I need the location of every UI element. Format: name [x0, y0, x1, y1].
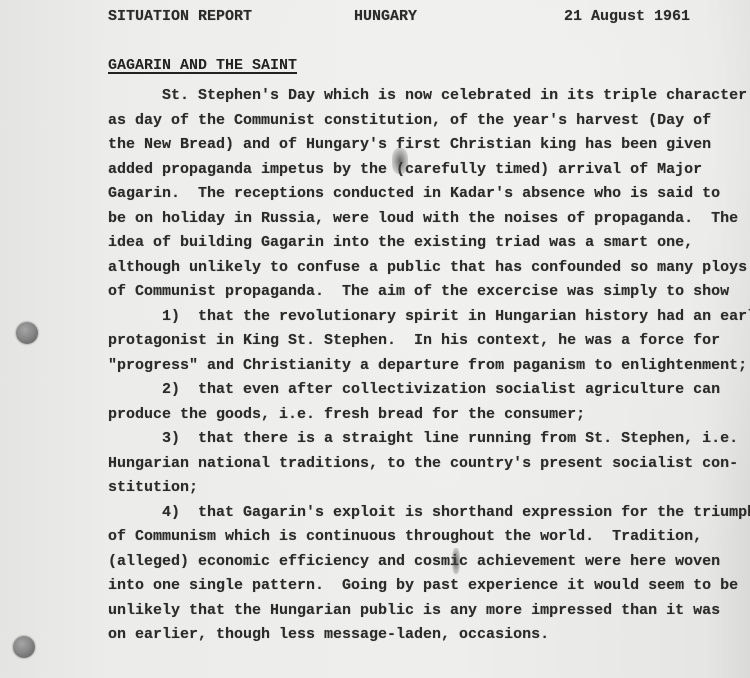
body-line: the New Bread) and of Hungary's first Ch… [108, 136, 711, 154]
body-line: St. Stephen's Day which is now celebrate… [108, 87, 747, 105]
body-line: as day of the Communist constitution, of… [108, 112, 711, 130]
body-line: of Communism which is continuous through… [108, 528, 702, 546]
report-date: 21 August 1961 [564, 8, 690, 26]
punch-hole [16, 322, 38, 344]
body-line: 1) that the revolutionary spirit in Hung… [108, 308, 750, 326]
body-line: 4) that Gagarin's exploit is shorthand e… [108, 504, 750, 522]
body-line: on earlier, though less message-laden, o… [108, 626, 549, 644]
body-line: protagonist in King St. Stephen. In his … [108, 332, 720, 350]
body-line: "progress" and Christianity a departure … [108, 357, 747, 375]
body-line: stitution; [108, 479, 198, 497]
body-line: 2) that even after collectivization soci… [108, 381, 720, 399]
section-title: GAGARIN AND THE SAINT [108, 57, 297, 75]
body-line: produce the goods, i.e. fresh bread for … [108, 406, 585, 424]
ink-smudge [452, 548, 460, 574]
body-line: Gagarin. The receptions conducted in Kad… [108, 185, 720, 203]
report-type-label: SITUATION REPORT [108, 8, 252, 26]
body-line: (alleged) economic efficiency and cosmic… [108, 553, 720, 571]
body-line: Hungarian national traditions, to the co… [108, 455, 738, 473]
body-line: 3) that there is a straight line running… [108, 430, 738, 448]
country-label: HUNGARY [354, 8, 417, 26]
body-line: of Communist propaganda. The aim of the … [108, 283, 729, 301]
body-line: be on holiday in Russia, were loud with … [108, 210, 738, 228]
body-line: into one single pattern. Going by past e… [108, 577, 738, 595]
body-line: unlikely that the Hungarian public is an… [108, 602, 720, 620]
typewritten-page: SITUATION REPORT HUNGARY 21 August 1961 … [0, 0, 750, 678]
ink-smudge [392, 148, 408, 174]
body-line: although unlikely to confuse a public th… [108, 259, 747, 277]
body-line: idea of building Gagarin into the existi… [108, 234, 693, 252]
punch-hole [13, 636, 35, 658]
